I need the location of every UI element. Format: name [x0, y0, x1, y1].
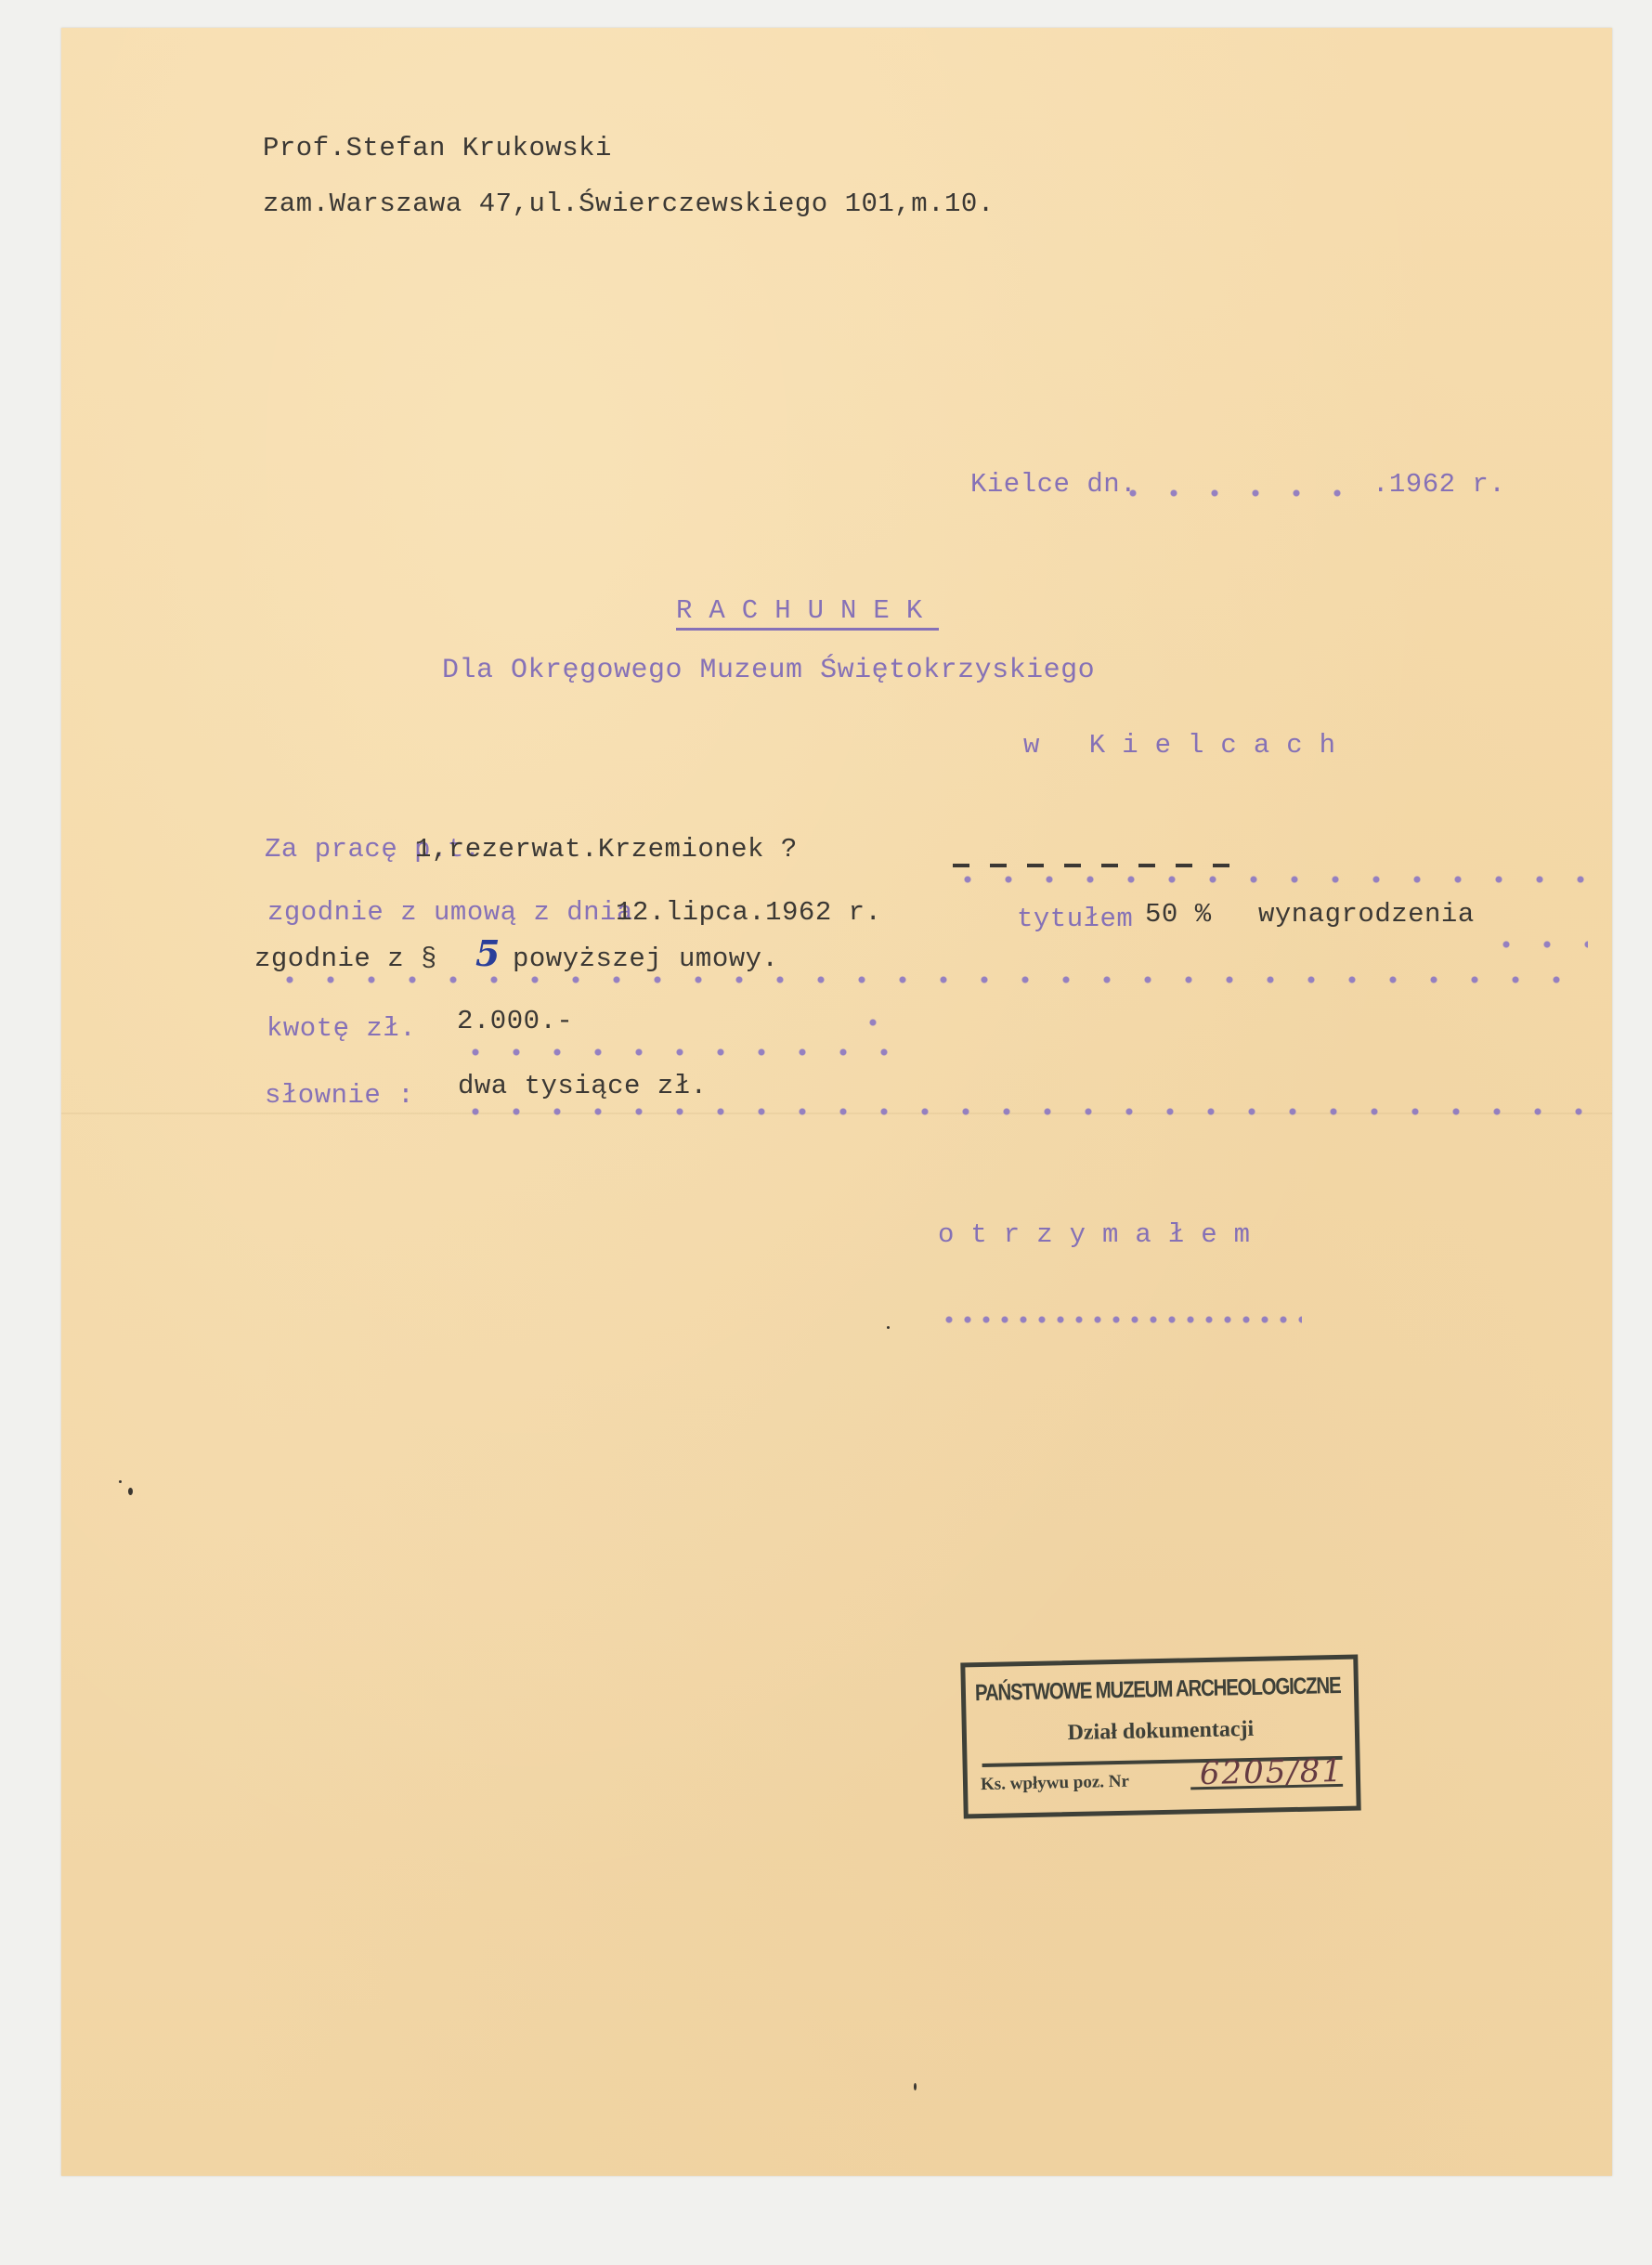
agreement-date: 12.lipca.1962 r.	[616, 899, 881, 926]
dash-line	[953, 864, 1231, 867]
clause-suffix: powyższej umowy.	[513, 945, 778, 972]
archive-stamp: PAŃSTWOWE MUZEUM ARCHEOLOGICZNE Dział do…	[960, 1655, 1360, 1819]
words-label: słownie :	[265, 1082, 414, 1109]
recipient-line-2: w Kielcach	[1023, 732, 1352, 759]
dotted-line-2	[1486, 940, 1588, 949]
title-label: tytułem	[1017, 905, 1133, 932]
date-dots	[1112, 488, 1372, 498]
dotted-line-amount-end	[852, 1018, 908, 1027]
amount-value: 2.000.-	[457, 1008, 573, 1035]
dotted-line-amount	[455, 1048, 910, 1057]
dotted-line-3	[269, 975, 1588, 984]
paper-speck	[128, 1488, 133, 1495]
sender-address: zam.Warszawa 47,ul.Świerczewskiego 101,m…	[263, 190, 995, 217]
clause-prefix: zgodnie z §	[254, 945, 437, 972]
remuneration: wynagrodzenia	[1258, 901, 1475, 928]
words-value: dwa tysiące zł.	[458, 1073, 708, 1100]
amount-label: kwotę zł.	[267, 1015, 416, 1042]
signature-dots	[940, 1315, 1302, 1324]
stamp-entry-number: 6205/81	[1199, 1752, 1344, 1792]
stamp-department: Dział dokumentacji	[967, 1715, 1355, 1749]
sender-name: Prof.Stefan Krukowski	[263, 135, 612, 162]
agreement-label: zgodnie z umową z dnia	[267, 899, 633, 926]
clause-number-handwritten: 5	[475, 936, 500, 971]
percentage: 50 %	[1145, 901, 1212, 928]
recipient-line-1: Dla Okręgowego Muzeum Świętokrzyskiego	[442, 657, 1095, 684]
received-label: otrzymałem	[938, 1221, 1267, 1248]
paper-speck	[887, 1326, 890, 1329]
stamp-institution: PAŃSTWOWE MUZEUM ARCHEOLOGICZNE	[975, 1673, 1341, 1707]
work-title: 1,rezerwat.Krzemionek ?	[415, 836, 798, 863]
document-title: RACHUNEK	[676, 597, 939, 631]
paper-speck	[119, 1480, 122, 1483]
dotted-line-words	[455, 1107, 1588, 1116]
date-year: .1962 r.	[1372, 471, 1505, 498]
stamp-entry-label: Ks. wpływu poz. Nr	[981, 1772, 1129, 1795]
paper-speck	[914, 2083, 917, 2090]
dotted-line-1	[947, 875, 1588, 884]
